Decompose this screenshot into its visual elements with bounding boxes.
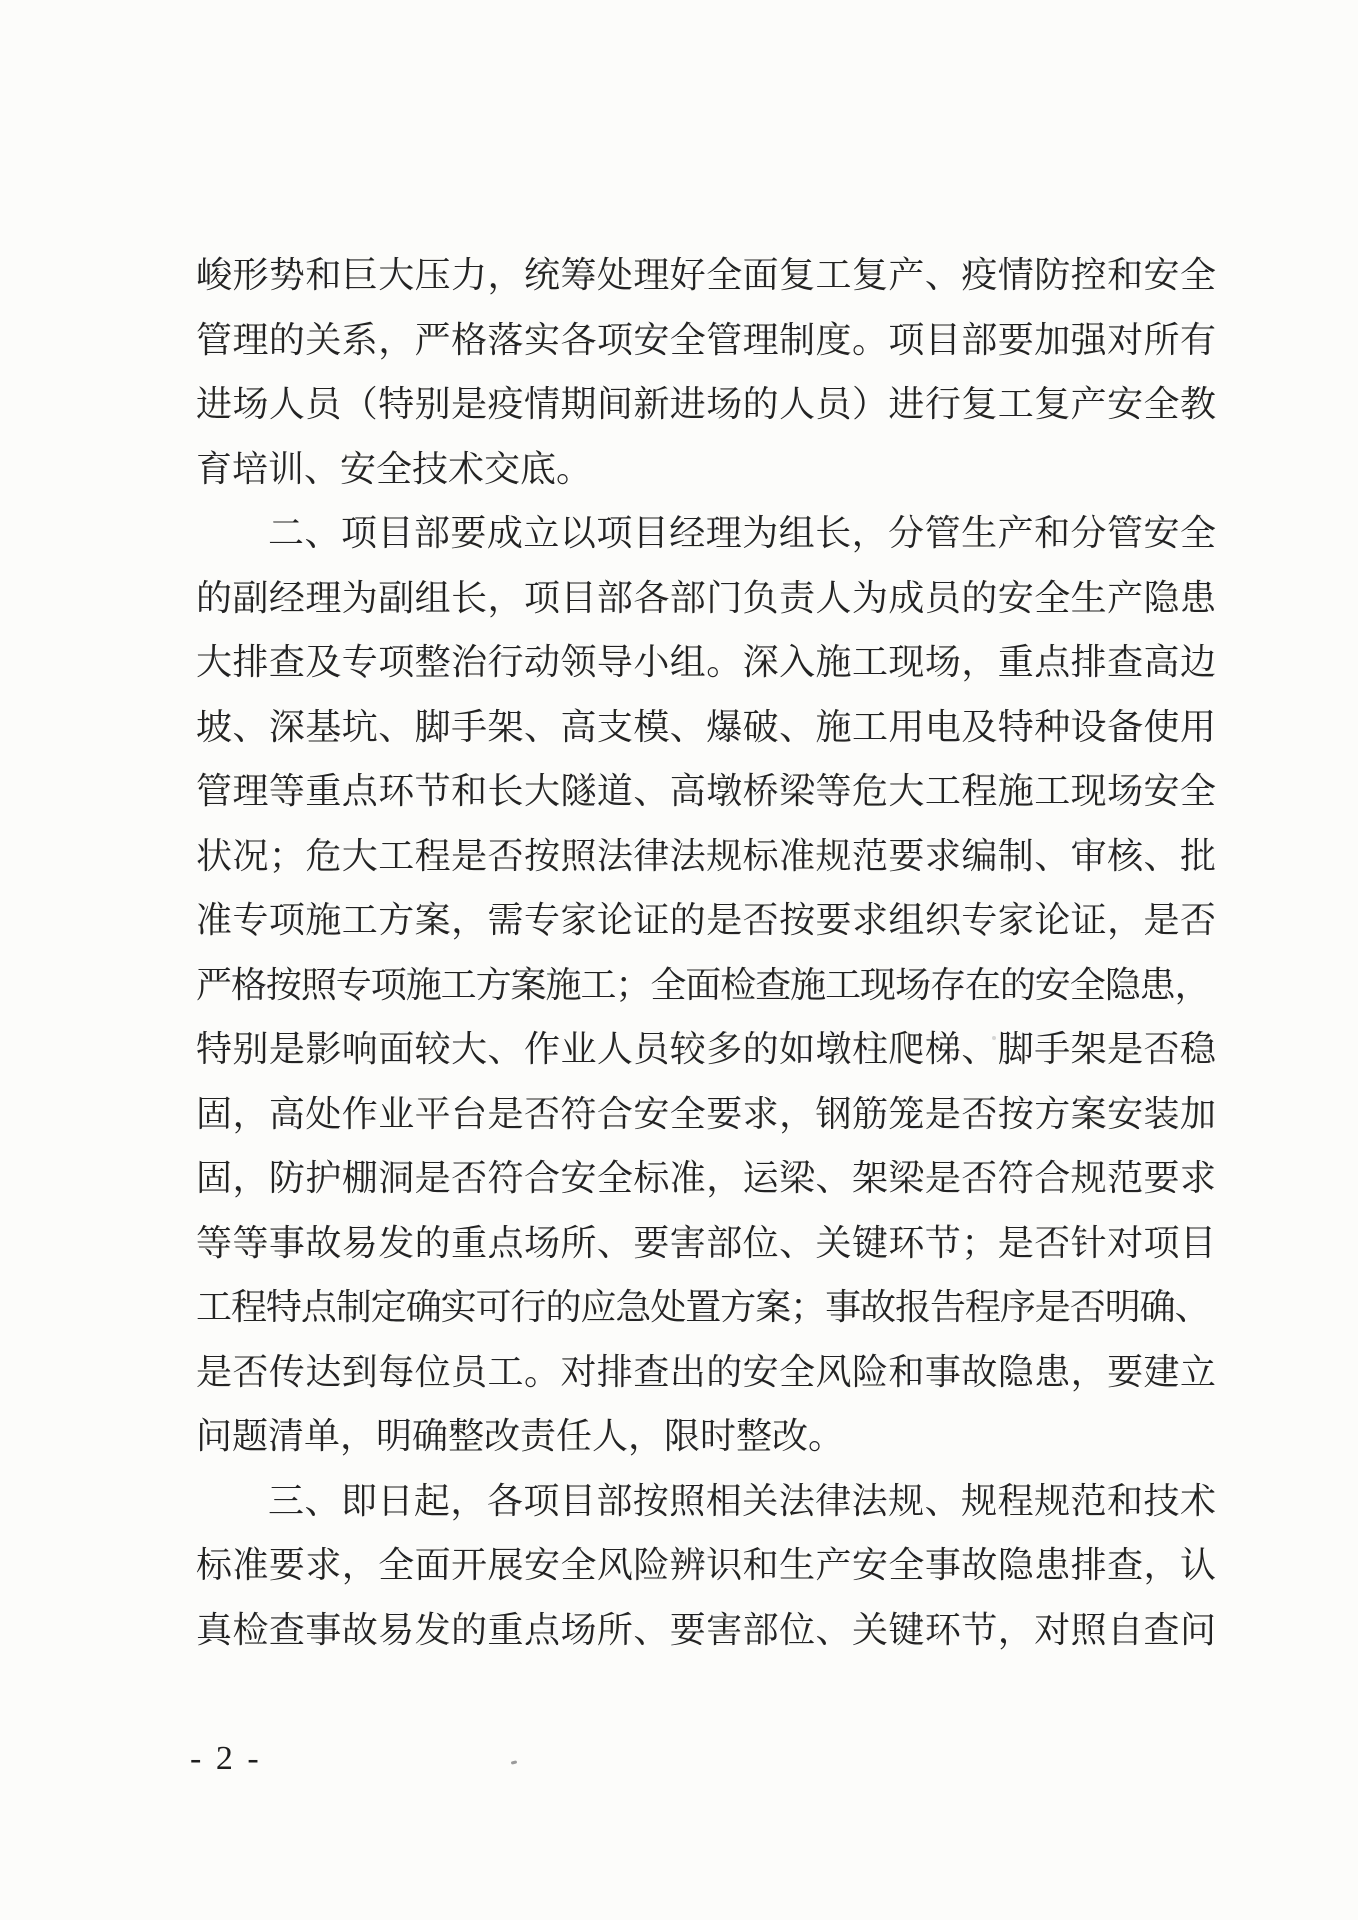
text-line: 固，防护棚洞是否符合安全标准，运梁、架梁是否符合规范要求 xyxy=(196,1146,1216,1211)
text-line: 管理等重点环节和长大隧道、高墩桥梁等危大工程施工现场安全 xyxy=(196,759,1216,824)
text-line: 峻形势和巨大压力，统筹处理好全面复工复产、疫情防控和安全 xyxy=(196,243,1216,308)
scan-artifact xyxy=(992,1036,996,1040)
text-line: 管理的关系，严格落实各项安全管理制度。项目部要加强对所有 xyxy=(196,308,1216,373)
text-line: 二、项目部要成立以项目经理为组长，分管生产和分管安全 xyxy=(196,501,1216,566)
text-line: 是否传达到每位员工。对排查出的安全风险和事故隐患，要建立 xyxy=(196,1340,1216,1405)
text-line: 育培训、安全技术交底。 xyxy=(196,437,1216,502)
document-body: 峻形势和巨大压力，统筹处理好全面复工复产、疫情防控和安全管理的关系，严格落实各项… xyxy=(196,243,1216,1662)
text-line: 工程特点制定确实可行的应急处置方案；事故报告程序是否明确、 xyxy=(196,1275,1216,1340)
text-line: 准专项施工方案，需专家论证的是否按要求组织专家论证，是否 xyxy=(196,888,1216,953)
text-line: 严格按照专项施工方案施工；全面检查施工现场存在的安全隐患， xyxy=(196,953,1216,1018)
text-line: 三、即日起，各项目部按照相关法律法规、规程规范和技术 xyxy=(196,1469,1216,1534)
document-page: 峻形势和巨大压力，统筹处理好全面复工复产、疫情防控和安全管理的关系，严格落实各项… xyxy=(0,0,1358,1920)
text-line: 状况；危大工程是否按照法律法规标准规范要求编制、审核、批 xyxy=(196,824,1216,889)
text-line: 的副经理为副组长，项目部各部门负责人为成员的安全生产隐患 xyxy=(196,566,1216,631)
text-line: 问题清单，明确整改责任人，限时整改。 xyxy=(196,1404,1216,1469)
page-number: - 2 - xyxy=(190,1740,262,1778)
scan-artifact xyxy=(511,1760,518,1764)
text-line: 坡、深基坑、脚手架、高支模、爆破、施工用电及特种设备使用 xyxy=(196,695,1216,760)
text-line: 标准要求，全面开展安全风险辨识和生产安全事故隐患排查，认 xyxy=(196,1533,1216,1598)
text-line: 等等事故易发的重点场所、要害部位、关键环节；是否针对项目 xyxy=(196,1211,1216,1276)
text-line: 特别是影响面较大、作业人员较多的如墩柱爬梯、脚手架是否稳 xyxy=(196,1017,1216,1082)
text-line: 进场人员（特别是疫情期间新进场的人员）进行复工复产安全教 xyxy=(196,372,1216,437)
text-line: 固，高处作业平台是否符合安全要求，钢筋笼是否按方案安装加 xyxy=(196,1082,1216,1147)
text-line: 真检查事故易发的重点场所、要害部位、关键环节，对照自查问 xyxy=(196,1598,1216,1663)
text-line: 大排查及专项整治行动领导小组。深入施工现场，重点排查高边 xyxy=(196,630,1216,695)
